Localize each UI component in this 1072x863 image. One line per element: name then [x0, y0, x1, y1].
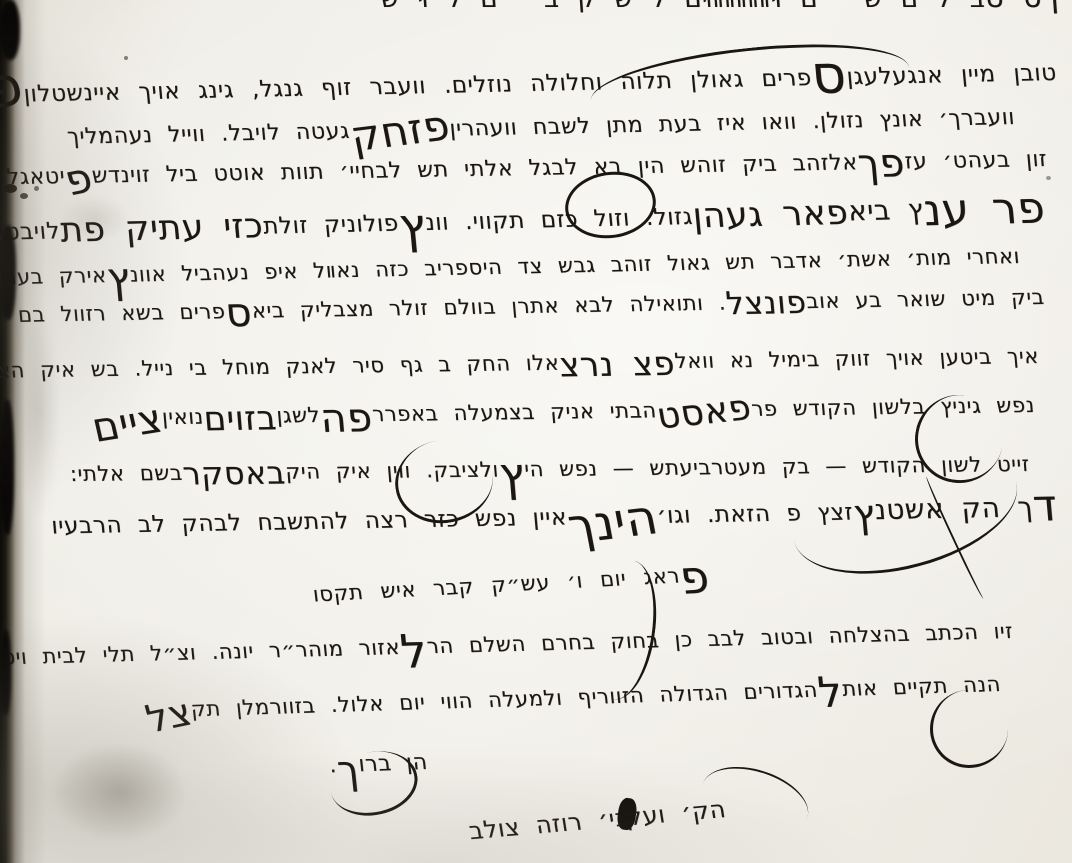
text-segment: איין נפש כזר רצה להתשבח לבהק לב הרבעיו: [50, 505, 568, 540]
text-segment: פרים בשא רזוול בם אוסק.: [0, 299, 227, 328]
text-segment: הק׳ ועקני׳ רוזה צולב: [466, 795, 727, 845]
text-segment: פולוניק זולת: [262, 211, 400, 240]
manuscript-line-08: נפש גיניץ בלשון הקודש פר פאסט הבתי אניק …: [89, 376, 1036, 435]
text-segment: הנה תקיים אות: [841, 672, 1002, 701]
text-segment: ם ל ש ק ב ־ ם ל ױ ש: [379, 0, 703, 14]
text-segment: ד: [1030, 480, 1059, 531]
text-segment: אזור מוהר״ר יונה. וצ״ל תלי לבית ויטל: [0, 635, 402, 670]
manuscript-scan: ך ס ט ב ל ם ש ־ ם ױ װװװװװױ ם ל ש ק ב ־ ם…: [0, 0, 1072, 863]
text-segment: הגדורים הגדולה הזווריף ולמעלה הווי יום א…: [189, 678, 818, 722]
text-segment: פונצל: [725, 285, 809, 322]
manuscript-line-13: הן ברוך .: [327, 733, 430, 782]
text-segment: װװװװװױ: [701, 0, 772, 13]
binding-blotch: [0, 0, 20, 60]
text-segment: איך ביטען אויך זווק בימיל נא וואל: [674, 344, 1040, 373]
ink-speck: [1046, 176, 1051, 180]
text-segment: פצ נרצ: [558, 344, 677, 385]
text-segment: ס: [224, 290, 255, 336]
paper-stain: [52, 742, 187, 842]
text-segment: הבתי אניק בצמעלה באפרר: [371, 398, 657, 426]
text-segment: פ: [677, 549, 713, 604]
text-segment: בזוים: [202, 398, 278, 438]
text-segment: ב ל ם ש ־ ם ױ: [769, 0, 986, 14]
manuscript-top-cut-line: ך ס ט ב ל ם ש ־ ם ױ װװװװװױ ם ל ש ק ב ־ ם…: [379, 0, 1060, 15]
text-segment: נפש גיניץ בלשון הקודש פר: [750, 393, 1035, 421]
text-segment: ראג יום ו׳ עש״ק קבר איש תקסו: [312, 563, 682, 606]
text-segment: זיו הכתב בהצלחה ובטוב לבב כן בחוק בחרם ה…: [426, 619, 1014, 658]
ink-speck: [4, 184, 17, 193]
text-segment: ך: [1041, 0, 1061, 15]
binding-blotch: [0, 400, 14, 535]
text-segment: בשם אלתי:: [69, 461, 184, 486]
manuscript-dateline: פראג יום ו׳ עש״ק קבר איש תקסו: [309, 538, 712, 612]
binding-blotch: [0, 630, 11, 715]
text-segment: . ותואילה לבא אתרן בוולם זולר מצבליק ביא: [251, 291, 727, 323]
binding-blotch: [0, 225, 16, 320]
text-segment: ך הק אשטנ: [873, 490, 1034, 526]
ink-speck: [20, 193, 28, 199]
text-segment: נואין: [161, 405, 205, 430]
text-segment: זצץ פ הזאת. וגו׳: [655, 500, 854, 529]
text-segment: ץ ביא: [847, 193, 925, 228]
text-segment: פאסט: [654, 387, 755, 437]
ink-speck: [124, 56, 128, 60]
text-segment: לשגן: [275, 403, 321, 428]
text-segment: ביק מיט שואר בע אוב: [805, 285, 1045, 313]
text-segment: אלו החק ב גף סיר לאנק מוחל בי נייל. בש א…: [0, 351, 560, 384]
text-segment: ולציבק. ווין איק היק: [285, 458, 500, 484]
text-segment: ל: [815, 667, 844, 717]
text-segment: הן ברו: [358, 750, 430, 777]
text-segment: ס ט: [984, 0, 1043, 14]
ink-speck: [34, 186, 39, 191]
text-segment: ץ: [851, 492, 877, 537]
text-segment: זון בעהט׳ עז: [903, 147, 1048, 174]
text-segment: צל: [140, 689, 196, 741]
manuscript-signature: הק׳ ועקני׳ רוזה צולב: [466, 795, 727, 845]
